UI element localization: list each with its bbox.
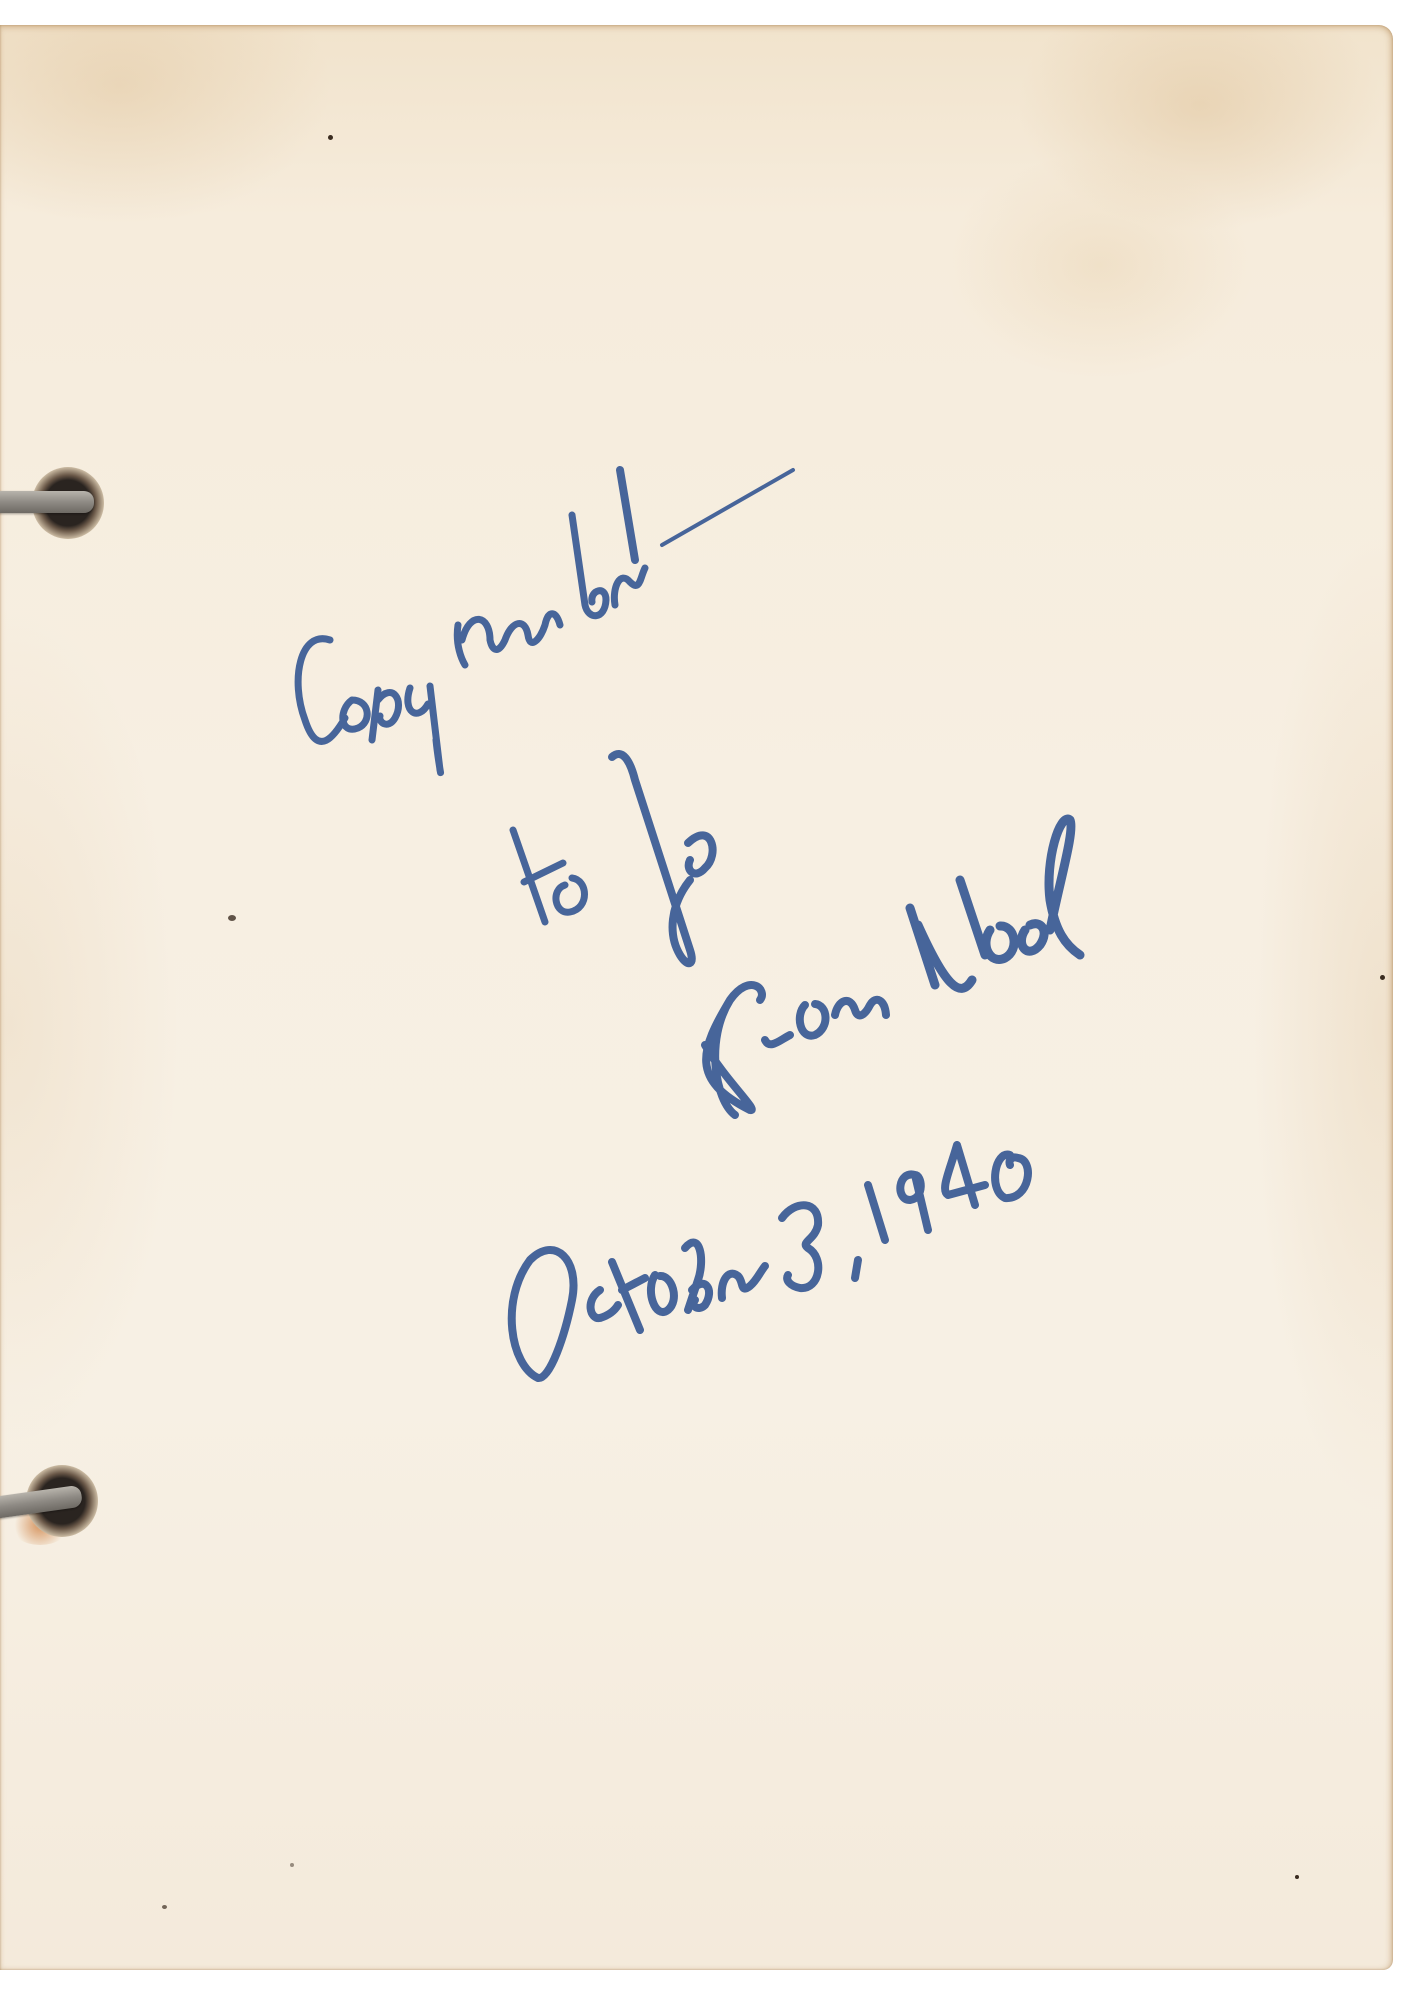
foxing-speck xyxy=(1380,975,1385,980)
inscription-page xyxy=(0,25,1393,1970)
binder-ring-upper xyxy=(0,491,94,513)
foxing-speck xyxy=(328,135,333,140)
foxing-speck xyxy=(290,1863,294,1867)
inscription-transcription: Copy number 1 — to Jo from Noel October … xyxy=(0,0,1,1)
inscription-line-copy-number: Copy number 1 — xyxy=(0,0,1,1)
foxing-speck xyxy=(1295,1875,1299,1879)
foxing-speck xyxy=(162,1905,167,1909)
foxing-speck xyxy=(228,915,236,921)
